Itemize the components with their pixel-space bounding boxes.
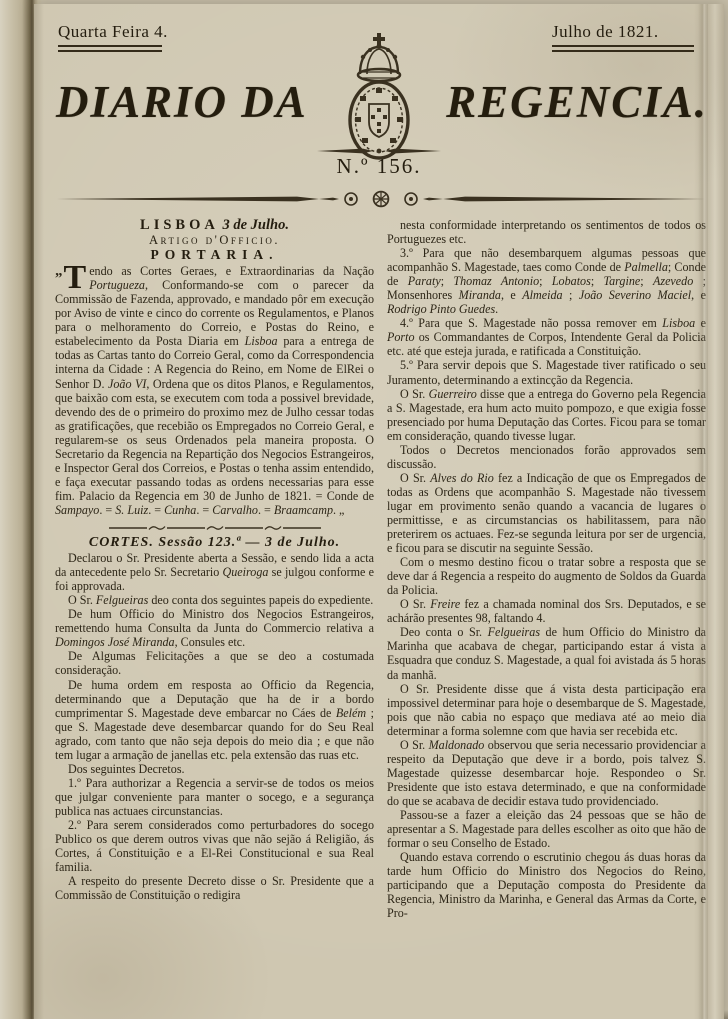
paragraph: O Sr. Guerreiro disse que a entrega do G… <box>387 387 706 443</box>
paragraph: 4.º Para que S. Magestade não possa remo… <box>387 316 706 358</box>
cortes-session-heading: CORTES. Sessão 123.ª — 3 de Julho. <box>55 536 374 550</box>
paragraph: Passou-se a fazer a eleição das 24 pesso… <box>387 808 706 850</box>
paragraph: nesta conformidade interpretando os sent… <box>387 218 706 246</box>
dateline-heading: LISBOA 3 de Julho. <box>55 218 374 232</box>
paragraph: Com o mesmo destino ficou o tratar sobre… <box>387 555 706 597</box>
paragraph: O Sr. Alves do Rio fez a Indicação de qu… <box>387 471 706 555</box>
paragraph: Dos seguintes Decretos. <box>55 762 374 776</box>
portaria-heading: PORTARIA. <box>55 248 374 262</box>
paragraph: O Sr. Felgueiras deo conta dos seguintes… <box>55 593 374 607</box>
dateline-city: LISBOA <box>140 217 219 233</box>
double-rule-left <box>58 45 162 52</box>
month-year-date: Julho de 1821. <box>552 22 659 41</box>
wide-ornament-rule <box>56 190 706 208</box>
dropcap-letter: T <box>64 264 90 291</box>
paragraph: 3.º Para que não desembarquem algumas pe… <box>387 246 706 316</box>
paragraph: De Algumas Felicitações a que se deo a c… <box>55 649 374 677</box>
paragraph: O Sr. Presidente disse que á vista desta… <box>387 682 706 738</box>
paragraph: 1.º Para authorizar a Regencia a servir-… <box>55 776 374 818</box>
portaria-text: endo as Cortes Geraes, e Extraordinarias… <box>55 264 374 517</box>
left-column: LISBOA 3 de Julho. Artigo d'Officio. POR… <box>55 218 374 920</box>
paragraph: De huma ordem em resposta ao Officio da … <box>55 678 374 762</box>
portaria-paragraph: „Tendo as Cortes Geraes, e Extraordinari… <box>55 264 374 517</box>
right-column: nesta conformidade interpretando os sent… <box>387 218 706 920</box>
paragraph: Declarou o Sr. Presidente aberta a Sessã… <box>55 551 374 593</box>
article-kicker: Artigo d'Officio. <box>55 233 374 247</box>
double-rule-right <box>552 45 694 52</box>
section-divider-ornament <box>55 520 374 534</box>
paragraph: De hum Officio do Ministro dos Negocios … <box>55 607 374 649</box>
paragraph: O Sr. Maldonado observou que seria neces… <box>387 738 706 808</box>
weekday-block: Quarta Feira 4. <box>58 22 168 52</box>
scanned-newspaper: { "masthead": { "date_left": "Quarta Fei… <box>0 0 728 1019</box>
issue-number: N.º 156. <box>34 154 724 179</box>
month-year-block: Julho de 1821. <box>552 22 694 52</box>
paragraph: Quando estava correndo o escrutinio cheg… <box>387 850 706 920</box>
title-left-part: DIARIO DA <box>56 76 308 128</box>
cortes-paragraphs: Declarou o Sr. Presidente aberta a Sessã… <box>55 551 374 902</box>
title-right-part: REGENCIA. <box>446 76 708 128</box>
paragraph: 5.º Para servir depois que S. Magestade … <box>387 358 706 386</box>
paragraph: 2.º Para serem considerados como perturb… <box>55 818 374 874</box>
paragraph: O Sr. Freire fez a chamada nominal dos S… <box>387 597 706 625</box>
dateline-date: 3 de Julho. <box>222 217 288 233</box>
weekday-date: Quarta Feira 4. <box>58 22 168 41</box>
right-column-paragraphs: nesta conformidade interpretando os sent… <box>387 218 706 920</box>
newspaper-page: Quarta Feira 4. Julho de 1821. DIARIO DA… <box>34 4 724 1019</box>
opening-quote-mark: „ <box>55 264 63 278</box>
article-columns: LISBOA 3 de Julho. Artigo d'Officio. POR… <box>34 218 724 920</box>
paragraph: Deo conta o Sr. Felgueiras de hum Offici… <box>387 625 706 681</box>
masthead: Quarta Feira 4. Julho de 1821. DIARIO DA… <box>34 4 724 218</box>
paragraph: Todos o Decretos mencionados forão appro… <box>387 443 706 471</box>
paragraph: A respeito do presente Decreto disse o S… <box>55 874 374 902</box>
